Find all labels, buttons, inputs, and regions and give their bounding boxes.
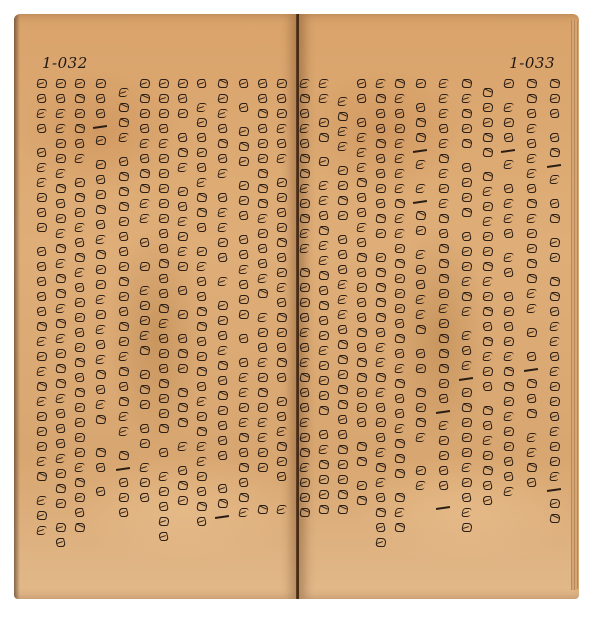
script-glyph [139, 399, 149, 410]
script-glyph [74, 93, 84, 104]
script-glyph [394, 333, 404, 344]
text-column [238, 76, 248, 550]
script-glyph [74, 432, 84, 443]
script-glyph [337, 369, 347, 380]
script-glyph [461, 123, 471, 134]
script-glyph [375, 462, 385, 473]
script-glyph [526, 123, 536, 134]
script-glyph [394, 303, 404, 314]
script-glyph [36, 525, 46, 536]
script-glyph [55, 438, 65, 449]
script-glyph [549, 306, 559, 317]
script-glyph [299, 507, 309, 518]
script-glyph [503, 306, 513, 317]
text-column [177, 76, 187, 550]
script-glyph [394, 363, 404, 374]
script-glyph [139, 345, 149, 356]
script-glyph [217, 276, 227, 287]
script-glyph [217, 498, 227, 509]
script-glyph [95, 159, 105, 170]
script-glyph [118, 507, 128, 518]
script-glyph [95, 135, 105, 146]
script-glyph [549, 411, 559, 422]
script-glyph [177, 402, 187, 413]
script-glyph [95, 204, 105, 215]
script-glyph [299, 297, 309, 308]
script-glyph [394, 438, 404, 449]
script-glyph [118, 321, 128, 332]
script-glyph [217, 300, 227, 311]
script-glyph [36, 78, 46, 89]
script-glyph [438, 450, 448, 461]
script-glyph [375, 123, 385, 134]
script-glyph [118, 336, 128, 347]
script-glyph [139, 369, 149, 380]
script-glyph [337, 294, 347, 305]
script-glyph [375, 198, 385, 209]
script-glyph [196, 246, 206, 257]
script-glyph [55, 423, 65, 434]
script-glyph [526, 447, 536, 458]
script-glyph [36, 246, 46, 257]
script-glyph [394, 228, 404, 239]
script-glyph [217, 330, 227, 341]
script-glyph [318, 195, 328, 206]
script-glyph [482, 132, 492, 143]
script-glyph [482, 87, 492, 98]
script-glyph [438, 393, 448, 404]
script-glyph [394, 123, 404, 134]
script-glyph [196, 426, 206, 437]
script-glyph [74, 153, 84, 164]
script-glyph [158, 471, 168, 482]
script-glyph [158, 288, 168, 299]
script-glyph [318, 117, 328, 128]
script-glyph [276, 372, 286, 383]
script-glyph [95, 486, 105, 497]
script-glyph [257, 258, 267, 269]
script-glyph [415, 294, 425, 305]
script-glyph [196, 351, 206, 362]
script-glyph [375, 477, 385, 488]
script-glyph [196, 147, 206, 158]
script-glyph [375, 327, 385, 338]
script-glyph [257, 243, 267, 254]
script-glyph [158, 258, 168, 269]
script-glyph [118, 381, 128, 392]
script-glyph [74, 417, 84, 428]
script-glyph [526, 108, 536, 119]
script-glyph [482, 291, 492, 302]
right-text-columns [311, 76, 561, 550]
script-glyph [503, 366, 513, 377]
script-glyph [394, 318, 404, 329]
script-glyph [217, 360, 227, 371]
script-glyph [318, 330, 328, 341]
script-glyph [217, 78, 227, 89]
script-glyph [482, 405, 492, 416]
script-glyph [177, 261, 187, 272]
script-glyph [394, 168, 404, 179]
script-glyph [158, 138, 168, 149]
script-glyph [177, 78, 187, 89]
script-glyph [158, 123, 168, 134]
script-glyph [547, 164, 561, 168]
script-glyph [158, 378, 168, 389]
script-glyph [217, 375, 227, 386]
script-glyph [55, 183, 65, 194]
script-glyph [276, 282, 286, 293]
script-glyph [503, 486, 513, 497]
script-glyph [318, 405, 328, 416]
script-glyph [257, 153, 267, 164]
script-glyph [158, 486, 168, 497]
script-glyph [461, 492, 471, 503]
script-glyph [337, 339, 347, 350]
script-glyph [549, 132, 559, 143]
script-glyph [482, 465, 492, 476]
script-glyph [177, 480, 187, 491]
script-glyph [438, 435, 448, 446]
script-glyph [549, 456, 559, 467]
script-glyph [257, 168, 267, 179]
script-glyph [337, 141, 347, 152]
script-glyph [356, 93, 366, 104]
script-glyph [276, 153, 286, 164]
script-glyph [196, 336, 206, 347]
script-glyph [177, 441, 187, 452]
script-glyph [337, 474, 347, 485]
script-glyph [95, 462, 105, 473]
script-glyph [196, 222, 206, 233]
script-glyph [118, 231, 128, 242]
script-glyph [503, 183, 513, 194]
script-glyph [55, 303, 65, 314]
script-glyph [337, 195, 347, 206]
script-glyph [413, 149, 427, 153]
script-glyph [74, 282, 84, 293]
script-glyph [95, 369, 105, 380]
script-glyph [158, 213, 168, 224]
script-glyph [158, 348, 168, 359]
script-glyph [95, 249, 105, 260]
script-glyph [95, 414, 105, 425]
script-glyph [482, 102, 492, 113]
script-glyph [196, 396, 206, 407]
script-glyph [238, 333, 248, 344]
script-glyph [74, 192, 84, 203]
right-page-number: 1-033 [509, 54, 555, 72]
script-glyph [196, 486, 206, 497]
script-glyph [337, 165, 347, 176]
script-glyph [118, 261, 128, 272]
script-glyph [549, 276, 559, 287]
script-glyph [238, 447, 248, 458]
script-glyph [356, 327, 366, 338]
script-glyph [139, 198, 149, 209]
script-glyph [74, 462, 84, 473]
script-glyph [196, 261, 206, 272]
script-glyph [461, 291, 471, 302]
script-glyph [356, 267, 366, 278]
script-glyph [299, 213, 309, 224]
script-glyph [438, 123, 448, 134]
script-glyph [461, 432, 471, 443]
script-glyph [158, 501, 168, 512]
script-glyph [74, 222, 84, 233]
script-glyph [318, 270, 328, 281]
script-glyph [118, 291, 128, 302]
text-column [215, 76, 229, 550]
script-glyph [55, 78, 65, 89]
script-glyph [257, 417, 267, 428]
script-glyph [375, 372, 385, 383]
page-stack-edge [571, 20, 579, 590]
script-glyph [356, 312, 366, 323]
script-glyph [461, 246, 471, 257]
script-glyph [55, 288, 65, 299]
script-glyph [394, 78, 404, 89]
script-glyph [74, 123, 84, 134]
script-glyph [95, 279, 105, 290]
script-glyph [375, 267, 385, 278]
script-glyph [438, 153, 448, 164]
script-glyph [503, 252, 513, 263]
script-glyph [55, 258, 65, 269]
script-glyph [438, 348, 448, 359]
script-glyph [257, 402, 267, 413]
script-glyph [36, 426, 46, 437]
script-glyph [438, 78, 448, 89]
script-glyph [118, 171, 128, 182]
script-glyph [276, 441, 286, 452]
script-glyph [356, 357, 366, 368]
script-glyph [196, 78, 206, 89]
script-glyph [482, 450, 492, 461]
script-glyph [549, 213, 559, 224]
script-glyph [196, 366, 206, 377]
script-glyph [482, 336, 492, 347]
script-glyph [415, 159, 425, 170]
script-glyph [158, 243, 168, 254]
script-glyph [238, 462, 248, 473]
script-glyph [438, 183, 448, 194]
script-glyph [257, 372, 267, 383]
script-glyph [257, 78, 267, 89]
script-glyph [118, 411, 128, 422]
script-glyph [318, 255, 328, 266]
script-glyph [337, 96, 347, 107]
script-glyph [74, 477, 84, 488]
script-glyph [337, 210, 347, 221]
script-glyph [549, 498, 559, 509]
script-glyph [503, 456, 513, 467]
script-glyph [257, 387, 267, 398]
left-page: 1-032 [14, 14, 297, 599]
script-glyph [36, 291, 46, 302]
text-column [459, 76, 473, 550]
script-glyph [217, 252, 227, 263]
script-glyph [116, 467, 130, 471]
script-glyph [196, 117, 206, 128]
script-glyph [74, 447, 84, 458]
script-glyph [459, 377, 473, 381]
script-glyph [375, 228, 385, 239]
script-glyph [482, 171, 492, 182]
text-column [276, 76, 286, 550]
script-glyph [36, 495, 46, 506]
script-glyph [158, 531, 168, 542]
script-glyph [375, 252, 385, 263]
script-glyph [238, 180, 248, 191]
script-glyph [139, 108, 149, 119]
script-glyph [74, 492, 84, 503]
script-glyph [217, 450, 227, 461]
script-glyph [257, 462, 267, 473]
script-glyph [36, 261, 46, 272]
script-glyph [394, 408, 404, 419]
script-glyph [139, 261, 149, 272]
script-glyph [158, 108, 168, 119]
script-glyph [461, 462, 471, 473]
script-glyph [139, 168, 149, 179]
script-glyph [74, 267, 84, 278]
script-glyph [526, 351, 536, 362]
script-glyph [74, 387, 84, 398]
script-glyph [118, 186, 128, 197]
text-column [318, 76, 328, 550]
script-glyph [415, 417, 425, 428]
script-glyph [55, 498, 65, 509]
script-glyph [526, 183, 536, 194]
script-glyph [549, 426, 559, 437]
script-glyph [177, 417, 187, 428]
script-glyph [158, 333, 168, 344]
script-glyph [36, 381, 46, 392]
script-glyph [394, 93, 404, 104]
script-glyph [276, 177, 286, 188]
script-glyph [415, 387, 425, 398]
script-glyph [36, 336, 46, 347]
script-glyph [276, 267, 286, 278]
script-glyph [337, 324, 347, 335]
script-glyph [257, 123, 267, 134]
script-glyph [196, 501, 206, 512]
script-glyph [196, 441, 206, 452]
script-glyph [74, 357, 84, 368]
script-glyph [482, 201, 492, 212]
script-glyph [526, 378, 536, 389]
script-glyph [438, 243, 448, 254]
script-glyph [276, 138, 286, 149]
script-glyph [526, 477, 536, 488]
script-glyph [503, 381, 513, 392]
script-glyph [215, 515, 229, 519]
script-glyph [415, 117, 425, 128]
script-glyph [461, 360, 471, 371]
script-glyph [375, 168, 385, 179]
script-glyph [461, 108, 471, 119]
script-glyph [36, 471, 46, 482]
script-glyph [482, 186, 492, 197]
script-glyph [158, 318, 168, 329]
script-glyph [74, 297, 84, 308]
script-glyph [74, 372, 84, 383]
script-glyph [257, 273, 267, 284]
script-glyph [55, 153, 65, 164]
script-glyph [299, 417, 309, 428]
script-glyph [238, 507, 248, 518]
text-column [74, 76, 84, 550]
right-page: 1-033 [299, 14, 579, 599]
script-glyph [503, 132, 513, 143]
script-glyph [55, 273, 65, 284]
script-glyph [356, 456, 366, 467]
script-glyph [238, 402, 248, 413]
script-glyph [526, 78, 536, 89]
script-glyph [461, 177, 471, 188]
script-glyph [415, 324, 425, 335]
script-glyph [196, 132, 206, 143]
script-glyph [36, 456, 46, 467]
script-glyph [375, 282, 385, 293]
script-glyph [36, 276, 46, 287]
text-column [36, 76, 46, 550]
script-glyph [299, 243, 309, 254]
script-glyph [276, 222, 286, 233]
script-glyph [217, 168, 227, 179]
script-glyph [238, 102, 248, 113]
script-glyph [276, 426, 286, 437]
script-glyph [356, 282, 366, 293]
script-glyph [158, 423, 168, 434]
script-glyph [438, 480, 448, 491]
script-glyph [375, 297, 385, 308]
script-glyph [238, 417, 248, 428]
script-glyph [36, 510, 46, 521]
script-glyph [238, 492, 248, 503]
script-glyph [415, 480, 425, 491]
script-glyph [139, 123, 149, 134]
script-glyph [337, 180, 347, 191]
script-glyph [95, 264, 105, 275]
script-glyph [415, 102, 425, 113]
script-glyph [299, 447, 309, 458]
script-glyph [299, 153, 309, 164]
script-glyph [139, 492, 149, 503]
script-glyph [503, 78, 513, 89]
script-glyph [318, 504, 328, 515]
script-glyph [337, 414, 347, 425]
script-glyph [549, 78, 559, 89]
script-glyph [177, 495, 187, 506]
script-glyph [482, 420, 492, 431]
script-glyph [139, 78, 149, 89]
script-glyph [318, 444, 328, 455]
script-glyph [196, 516, 206, 527]
script-glyph [95, 234, 105, 245]
script-glyph [276, 312, 286, 323]
script-glyph [196, 321, 206, 332]
script-glyph [257, 288, 267, 299]
script-glyph [238, 357, 248, 368]
script-glyph [55, 363, 65, 374]
script-glyph [318, 459, 328, 470]
script-glyph [526, 243, 536, 254]
script-glyph [482, 351, 492, 362]
script-glyph [394, 468, 404, 479]
script-glyph [74, 522, 84, 533]
